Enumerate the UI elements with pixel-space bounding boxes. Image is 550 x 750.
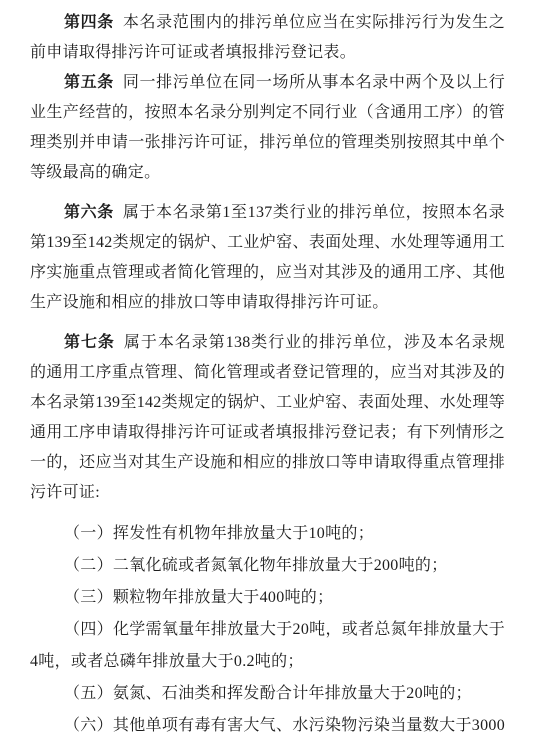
list-item-5: （五）氨氮、石油类和挥发酚合计年排放量大于20吨的； (30, 678, 505, 710)
text-line: 第四条本名录范围内的排污单位应当在实际排污行为发生之 (30, 8, 505, 38)
text-line: （三）颗粒物年排放量大于400吨的； (30, 582, 505, 614)
text-run: （五）氨氮、石油类和挥发酚合计年排放量大于20吨的； (64, 685, 472, 702)
text-line: 生产设施和相应的排放口等申请取得排污许可证。 (30, 288, 505, 318)
text-run: 通用工序申请取得排污许可证或者填报排污登记表；有下列情形之 (30, 424, 505, 441)
text-line: 4吨，或者总磷年排放量大于0.2吨的； (30, 646, 505, 678)
article-number: 第五条 (64, 74, 114, 91)
text-run: 前申请取得排污许可证或者填报排污登记表。 (30, 44, 356, 61)
text-line: 第139至142类规定的锅炉、工业炉窑、表面处理、水处理等通用工 (30, 228, 505, 258)
article-4: 第四条本名录范围内的排污单位应当在实际排污行为发生之 前申请取得排污许可证或者填… (30, 8, 505, 68)
text-run: （一）挥发性有机物年排放量大于10吨的； (64, 525, 374, 542)
text-line: 业生产经营的，按照本名录分别判定不同行业（含通用工序）的管 (30, 98, 505, 128)
text-run: （二）二氧化硫或者氮氧化物年排放量大于200吨的； (64, 557, 448, 574)
text-run: 等级最高的确定。 (30, 164, 160, 181)
list-item-2: （二）二氧化硫或者氮氧化物年排放量大于200吨的； (30, 550, 505, 582)
text-run: 业生产经营的，按照本名录分别判定不同行业（含通用工序）的管 (30, 104, 505, 121)
text-line: 理类别并申请一张排污许可证，排污单位的管理类别按照其中单个 (30, 128, 505, 158)
text-line: 通用工序申请取得排污许可证或者填报排污登记表；有下列情形之 (30, 418, 505, 448)
text-line: 本名录第139至142类规定的锅炉、工业炉窑、表面处理、水处理等 (30, 388, 505, 418)
text-run: （三）颗粒物年排放量大于400吨的； (64, 589, 333, 606)
text-run: 理类别并申请一张排污许可证，排污单位的管理类别按照其中单个 (30, 134, 505, 151)
text-line: 第六条属于本名录第1至137类行业的排污单位，按照本名录 (30, 198, 505, 228)
article-5: 第五条同一排污单位在同一场所从事本名录中两个及以上行 业生产经营的，按照本名录分… (30, 68, 505, 188)
text-run: （六）其他单项有毒有害大气、水污染物污染当量数大于3000 (64, 717, 505, 734)
text-line: 的通用工序重点管理、简化管理或者登记管理的，应当对其涉及的 (30, 358, 505, 388)
list-item-4: （四）化学需氧量年排放量大于20吨，或者总氮年排放量大于 4吨，或者总磷年排放量… (30, 614, 505, 678)
text-run: 一的，还应当对其生产设施和相应的排放口等申请取得重点管理排 (30, 454, 505, 471)
text-line: 前申请取得排污许可证或者填报排污登记表。 (30, 38, 505, 68)
article-number: 第六条 (64, 204, 114, 221)
text-run: 4吨，或者总磷年排放量大于0.2吨的； (30, 653, 304, 670)
text-run: 污许可证: (30, 484, 100, 501)
list-item-1: （一）挥发性有机物年排放量大于10吨的； (30, 518, 505, 550)
text-run: 属于本名录第1至137类行业的排污单位，按照本名录 (123, 204, 505, 221)
text-line: （五）氨氮、石油类和挥发酚合计年排放量大于20吨的； (30, 678, 505, 710)
text-run: 的通用工序重点管理、简化管理或者登记管理的，应当对其涉及的 (30, 364, 505, 381)
article-6: 第六条属于本名录第1至137类行业的排污单位，按照本名录 第139至142类规定… (30, 198, 505, 318)
article-number: 第七条 (64, 334, 115, 351)
text-line: 第七条属于本名录第138类行业的排污单位，涉及本名录规定 (30, 328, 505, 358)
text-line: （六）其他单项有毒有害大气、水污染物污染当量数大于3000 (30, 710, 505, 742)
list-item-6: （六）其他单项有毒有害大气、水污染物污染当量数大于3000 (30, 710, 505, 742)
text-run: 同一排污单位在同一场所从事本名录中两个及以上行 (123, 74, 505, 91)
text-line: 等级最高的确定。 (30, 158, 505, 188)
text-line: （四）化学需氧量年排放量大于20吨，或者总氮年排放量大于 (30, 614, 505, 646)
text-line: 一的，还应当对其生产设施和相应的排放口等申请取得重点管理排 (30, 448, 505, 478)
text-run: 序实施重点管理或者简化管理的，应当对其涉及的通用工序、其他 (30, 264, 505, 281)
text-run: 本名录范围内的排污单位应当在实际排污行为发生之 (123, 14, 505, 31)
text-run: 生产设施和相应的排放口等申请取得排污许可证。 (30, 294, 389, 311)
document-body: 第四条本名录范围内的排污单位应当在实际排污行为发生之 前申请取得排污许可证或者填… (0, 0, 550, 742)
text-line: （一）挥发性有机物年排放量大于10吨的； (30, 518, 505, 550)
list-item-3: （三）颗粒物年排放量大于400吨的； (30, 582, 505, 614)
text-run: 第139至142类规定的锅炉、工业炉窑、表面处理、水处理等通用工 (30, 234, 505, 251)
article-number: 第四条 (64, 14, 114, 31)
article-7: 第七条属于本名录第138类行业的排污单位，涉及本名录规定 的通用工序重点管理、简… (30, 328, 505, 508)
text-line: （二）二氧化硫或者氮氧化物年排放量大于200吨的； (30, 550, 505, 582)
text-line: 第五条同一排污单位在同一场所从事本名录中两个及以上行 (30, 68, 505, 98)
document-page: 第四条本名录范围内的排污单位应当在实际排污行为发生之 前申请取得排污许可证或者填… (0, 0, 550, 750)
text-run: （四）化学需氧量年排放量大于20吨，或者总氮年排放量大于 (64, 621, 505, 638)
text-line: 污许可证: (30, 478, 505, 508)
text-run: 本名录第139至142类规定的锅炉、工业炉窑、表面处理、水处理等 (30, 394, 505, 411)
text-line: 序实施重点管理或者简化管理的，应当对其涉及的通用工序、其他 (30, 258, 505, 288)
